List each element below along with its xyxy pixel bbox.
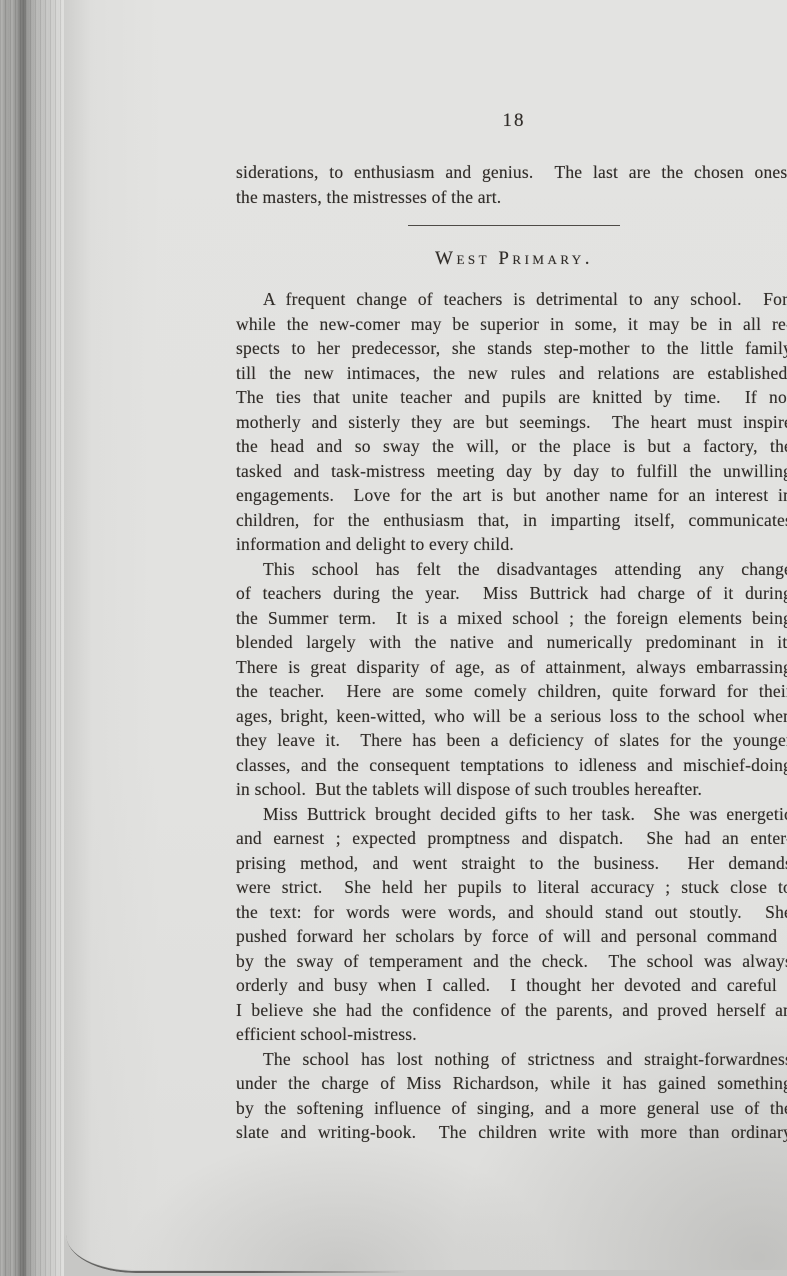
text-line: pushed forward her scholars by force of … bbox=[236, 924, 787, 949]
text-line: There is great disparity of age, as of a… bbox=[236, 655, 787, 680]
text-line: in school. But the tablets will dispose … bbox=[236, 777, 787, 802]
text-line: the teacher. Here are some comely childr… bbox=[236, 679, 787, 704]
text-line: ages, bright, keen-witted, who will be a… bbox=[236, 704, 787, 729]
text-line: efficient school-mistress. bbox=[236, 1022, 787, 1047]
text-line: by the softening influence of singing, a… bbox=[236, 1096, 787, 1121]
scanned-page: 18 siderations, to enthusiasm and genius… bbox=[64, 0, 787, 1270]
paragraph: This school has felt the disadvantages a… bbox=[236, 557, 787, 802]
text-line: classes, and the consequent temptations … bbox=[236, 753, 787, 778]
section-heading: West Primary. bbox=[236, 246, 787, 271]
text-line: siderations, to enthusiasm and genius. T… bbox=[236, 160, 787, 185]
text-line: The ties that unite teacher and pupils a… bbox=[236, 385, 787, 410]
text-line: under the charge of Miss Richardson, whi… bbox=[236, 1071, 787, 1096]
page-number: 18 bbox=[236, 108, 787, 133]
text-line: spects to her predecessor, she stands st… bbox=[236, 336, 787, 361]
text-line: while the new-comer may be superior in s… bbox=[236, 312, 787, 337]
section-divider-rule bbox=[408, 225, 620, 226]
text-line: the Summer term. It is a mixed school ; … bbox=[236, 606, 787, 631]
text-line: children, for the enthusiasm that, in im… bbox=[236, 508, 787, 533]
text-line: of teachers during the year. Miss Buttri… bbox=[236, 581, 787, 606]
text-line: Miss Buttrick brought decided gifts to h… bbox=[236, 802, 787, 827]
text-line: I believe she had the confidence of the … bbox=[236, 998, 787, 1023]
paragraph: A frequent change of teachers is detrime… bbox=[236, 287, 787, 557]
text-line: and earnest ; expected promptness and di… bbox=[236, 826, 787, 851]
text-line: motherly and sisterly they are but seemi… bbox=[236, 410, 787, 435]
text-line: slate and writing-book. The children wri… bbox=[236, 1120, 787, 1145]
paragraph: Miss Buttrick brought decided gifts to h… bbox=[236, 802, 787, 1047]
text-line: A frequent change of teachers is detrime… bbox=[236, 287, 787, 312]
text-line: till the new intimaces, the new rules an… bbox=[236, 361, 787, 386]
text-line: the head and so sway the will, or the pl… bbox=[236, 434, 787, 459]
text-line: engagements. Love for the art is but ano… bbox=[236, 483, 787, 508]
page-bottom-edge bbox=[66, 1229, 406, 1273]
text-line: the text: for words were words, and shou… bbox=[236, 900, 787, 925]
text-line: blended largely with the native and nume… bbox=[236, 630, 787, 655]
text-line: orderly and busy when I called. I though… bbox=[236, 973, 787, 998]
text-line: were strict. She held her pupils to lite… bbox=[236, 875, 787, 900]
paragraph: The school has lost nothing of strictnes… bbox=[236, 1047, 787, 1145]
book-scan: { "document": { "page_number": "18", "he… bbox=[0, 0, 787, 1276]
paragraph-continuation: siderations, to enthusiasm and genius. T… bbox=[236, 160, 787, 209]
text-line: prising method, and went straight to the… bbox=[236, 851, 787, 876]
text-line: tasked and task-mistress meeting day by … bbox=[236, 459, 787, 484]
text-line: they leave it. There has been a deficien… bbox=[236, 728, 787, 753]
text-line: The school has lost nothing of strictnes… bbox=[236, 1047, 787, 1072]
text-block: 18 siderations, to enthusiasm and genius… bbox=[236, 108, 787, 1145]
text-line: the masters, the mistresses of the art. bbox=[236, 185, 787, 210]
book-binding-edge bbox=[0, 0, 64, 1276]
text-line: by the sway of temperament and the check… bbox=[236, 949, 787, 974]
text-line: This school has felt the disadvantages a… bbox=[236, 557, 787, 582]
text-line: information and delight to every child. bbox=[236, 532, 787, 557]
